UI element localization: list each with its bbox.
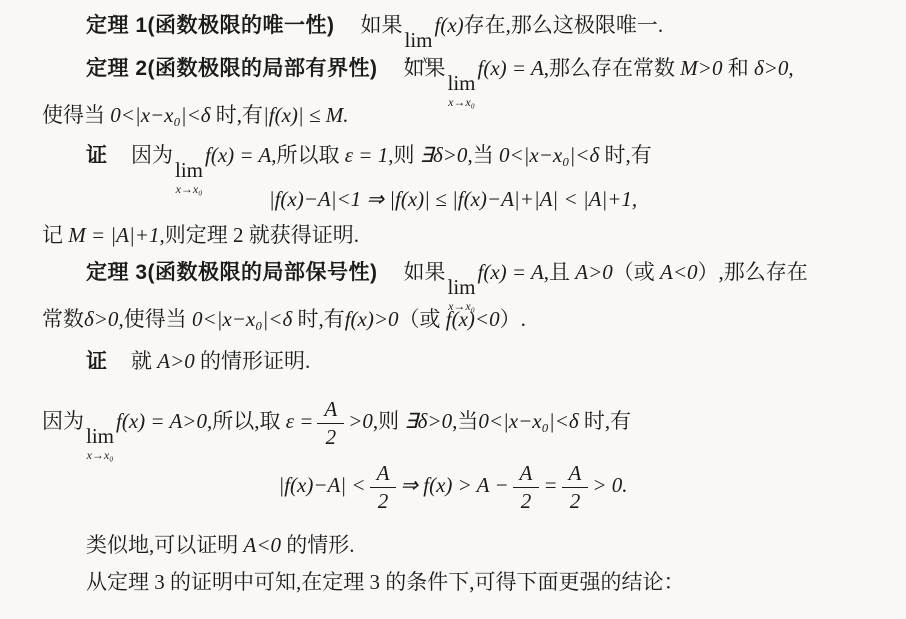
text-segment: ,那么存在常数 xyxy=(544,56,681,80)
limit-operator: limx→x₀ xyxy=(448,73,476,108)
text-segment: 时,有 xyxy=(579,409,632,433)
text-segment: 和 xyxy=(722,56,754,80)
math-expression: > 0. xyxy=(592,473,627,497)
text-segment: ,且 xyxy=(544,260,576,284)
theorem-3-paragraph: 定理 3(函数极限的局部保号性)如果limx→x₀f(x) = A,且 A>0（… xyxy=(86,259,808,312)
text-segment: 时,有 xyxy=(599,143,652,167)
remark-stronger-conclusion: 从定理 3 的证明中可知,在定理 3 的条件下,可得下面更强的结论： xyxy=(86,569,685,595)
math-expression: f(x) = A>0 xyxy=(116,409,207,433)
text-segment: 常数 xyxy=(42,307,84,331)
lim-text: lim xyxy=(405,30,433,51)
text-segment: 存在,那么这极限唯一. xyxy=(464,13,664,37)
text-segment: ,所以取 xyxy=(271,143,345,167)
fraction-numerator: A xyxy=(562,462,589,488)
fraction-denominator: 2 xyxy=(326,424,337,448)
text-segment: 类似地,可以证明 xyxy=(86,533,244,557)
text-segment: 的情形证明. xyxy=(195,349,311,373)
lim-text: lim xyxy=(448,73,476,94)
text-segment: ,当 xyxy=(467,143,499,167)
math-expression: A<0 xyxy=(660,260,698,284)
limit-operator: limx→x₀ xyxy=(86,426,114,461)
text-segment: 使得当 xyxy=(42,103,110,127)
math-expression: M = |A|+1 xyxy=(68,223,159,247)
lim-subscript: x→x₀ xyxy=(87,449,114,461)
text-segment: （或 xyxy=(613,260,660,284)
continuation-line-sign: 常数δ>0,使得当 0<|x−x₀|<δ 时,有f(x)>0（或 f(x)<0）… xyxy=(42,306,526,332)
theorem-2-paragraph: 定理 2(函数极限的局部有界性)如果limx→x₀f(x) = A,那么存在常数… xyxy=(86,55,794,108)
text-segment: ）. xyxy=(500,307,526,331)
fraction-numerator: A xyxy=(513,462,540,488)
math-expression: ε = 1 xyxy=(345,143,388,167)
math-expression: >0 xyxy=(348,409,373,433)
text-segment: ,当 xyxy=(452,409,478,433)
continuation-line-boundedness: 使得当 0<|x−x₀|<δ 时,有|f(x)| ≤ M. xyxy=(42,102,348,128)
text-segment: 因为 xyxy=(131,143,173,167)
text-segment: ,使得当 xyxy=(118,307,192,331)
lim-text: lim xyxy=(86,426,114,447)
math-expression: A<0 xyxy=(244,533,282,557)
theorem-3-title: 定理 3(函数极限的局部保号性) xyxy=(86,261,378,284)
text-segment: 时,有 xyxy=(292,307,345,331)
text-segment: , xyxy=(788,56,793,80)
fraction-denominator: 2 xyxy=(521,488,532,512)
proof-label: 证 xyxy=(86,144,107,167)
formula-boundedness: |f(x)−A|<1 ⇒ |f(x)| ≤ |f(x)−A|+|A| < |A|… xyxy=(0,186,906,212)
text-segment: ,则 xyxy=(388,143,420,167)
math-expression: |f(x)| ≤ M. xyxy=(263,103,348,127)
math-expression: 0<|x−x₀|<δ xyxy=(478,409,578,433)
text-segment: ,则定理 2 就获得证明. xyxy=(159,223,359,247)
formula-sign: |f(x)−A| <A2⇒ f(x) > A −A2=A2> 0. xyxy=(0,462,906,512)
math-expression: 0<|x−x₀|<δ xyxy=(499,143,599,167)
text-segment: （或 xyxy=(399,307,441,331)
math-expression: M>0 xyxy=(680,56,722,80)
proof-3-intro: 证就 A>0 的情形证明. xyxy=(86,348,310,375)
text-segment: 因为 xyxy=(42,409,84,433)
text-segment: ,所以,取 xyxy=(207,409,286,433)
text-segment: 的情形. xyxy=(281,533,355,557)
math-expression: |f(x)−A|<1 ⇒ |f(x)| ≤ |f(x)−A|+|A| < |A|… xyxy=(269,187,637,211)
math-expression: |f(x)−A| < xyxy=(278,473,365,497)
math-expression: ε = xyxy=(286,409,314,433)
math-expression: 0<|x−x₀|<δ xyxy=(192,307,292,331)
math-expression: ⇒ f(x) > A − xyxy=(400,473,508,497)
conclusion-2-line: 记 M = |A|+1,则定理 2 就获得证明. xyxy=(42,222,359,248)
math-expression: A>0 xyxy=(157,349,195,373)
lim-text: lim xyxy=(448,277,476,298)
text-segment: 时,有 xyxy=(211,103,264,127)
text-segment: 从定理 3 的证明中可知,在定理 3 的条件下,可得下面更强的结论： xyxy=(86,570,685,594)
math-expression: δ>0 xyxy=(84,307,118,331)
text-segment: 记 xyxy=(42,223,68,247)
math-expression: f(x)<0 xyxy=(441,307,500,331)
text-segment: ,则 xyxy=(373,409,405,433)
fraction-denominator: 2 xyxy=(378,488,389,512)
proof-label: 证 xyxy=(86,350,107,373)
text-segment: ）,那么存在 xyxy=(698,260,808,284)
remark-similar-case: 类似地,可以证明 A<0 的情形. xyxy=(86,532,355,558)
text-segment: 如果 xyxy=(361,13,403,37)
text-segment: 就 xyxy=(131,349,157,373)
theorem-1-title: 定理 1(函数极限的唯一性) xyxy=(86,14,335,37)
fraction-a-over-2: A2 xyxy=(513,462,540,512)
lim-text: lim xyxy=(175,160,203,181)
math-expression: f(x) xyxy=(435,13,464,37)
math-expression: δ>0 xyxy=(754,56,788,80)
text-segment: 如果 xyxy=(404,260,446,284)
theorem-2-title: 定理 2(函数极限的局部有界性) xyxy=(86,57,378,80)
math-expression: f(x) = A xyxy=(478,260,544,284)
fraction-a-over-2: A2 xyxy=(370,462,397,512)
math-expression: ∃δ>0 xyxy=(420,143,468,167)
math-expression: f(x)>0 xyxy=(345,307,399,331)
fraction-a-over-2: A2 xyxy=(562,462,589,512)
textbook-page: 定理 1(函数极限的唯一性)如果limx→x₀f(x)存在,那么这极限唯一. 定… xyxy=(0,0,906,619)
fraction-denominator: 2 xyxy=(570,488,581,512)
fraction-numerator: A xyxy=(370,462,397,488)
math-expression: = xyxy=(543,473,557,497)
math-expression: f(x) = A xyxy=(205,143,271,167)
math-expression: ∃δ>0 xyxy=(404,409,452,433)
math-expression: 0<|x−x₀|<δ xyxy=(110,103,210,127)
text-segment: 如果 xyxy=(404,56,446,80)
proof-3-derivation: 因为limx→x₀f(x) = A>0,所以,取 ε =A2>0,则 ∃δ>0,… xyxy=(42,398,631,461)
math-expression: A>0 xyxy=(575,260,613,284)
fraction-numerator: A xyxy=(317,398,344,424)
lim-subscript: x→x₀ xyxy=(448,96,475,108)
math-expression: f(x) = A xyxy=(478,56,544,80)
fraction-a-over-2: A2 xyxy=(317,398,344,448)
